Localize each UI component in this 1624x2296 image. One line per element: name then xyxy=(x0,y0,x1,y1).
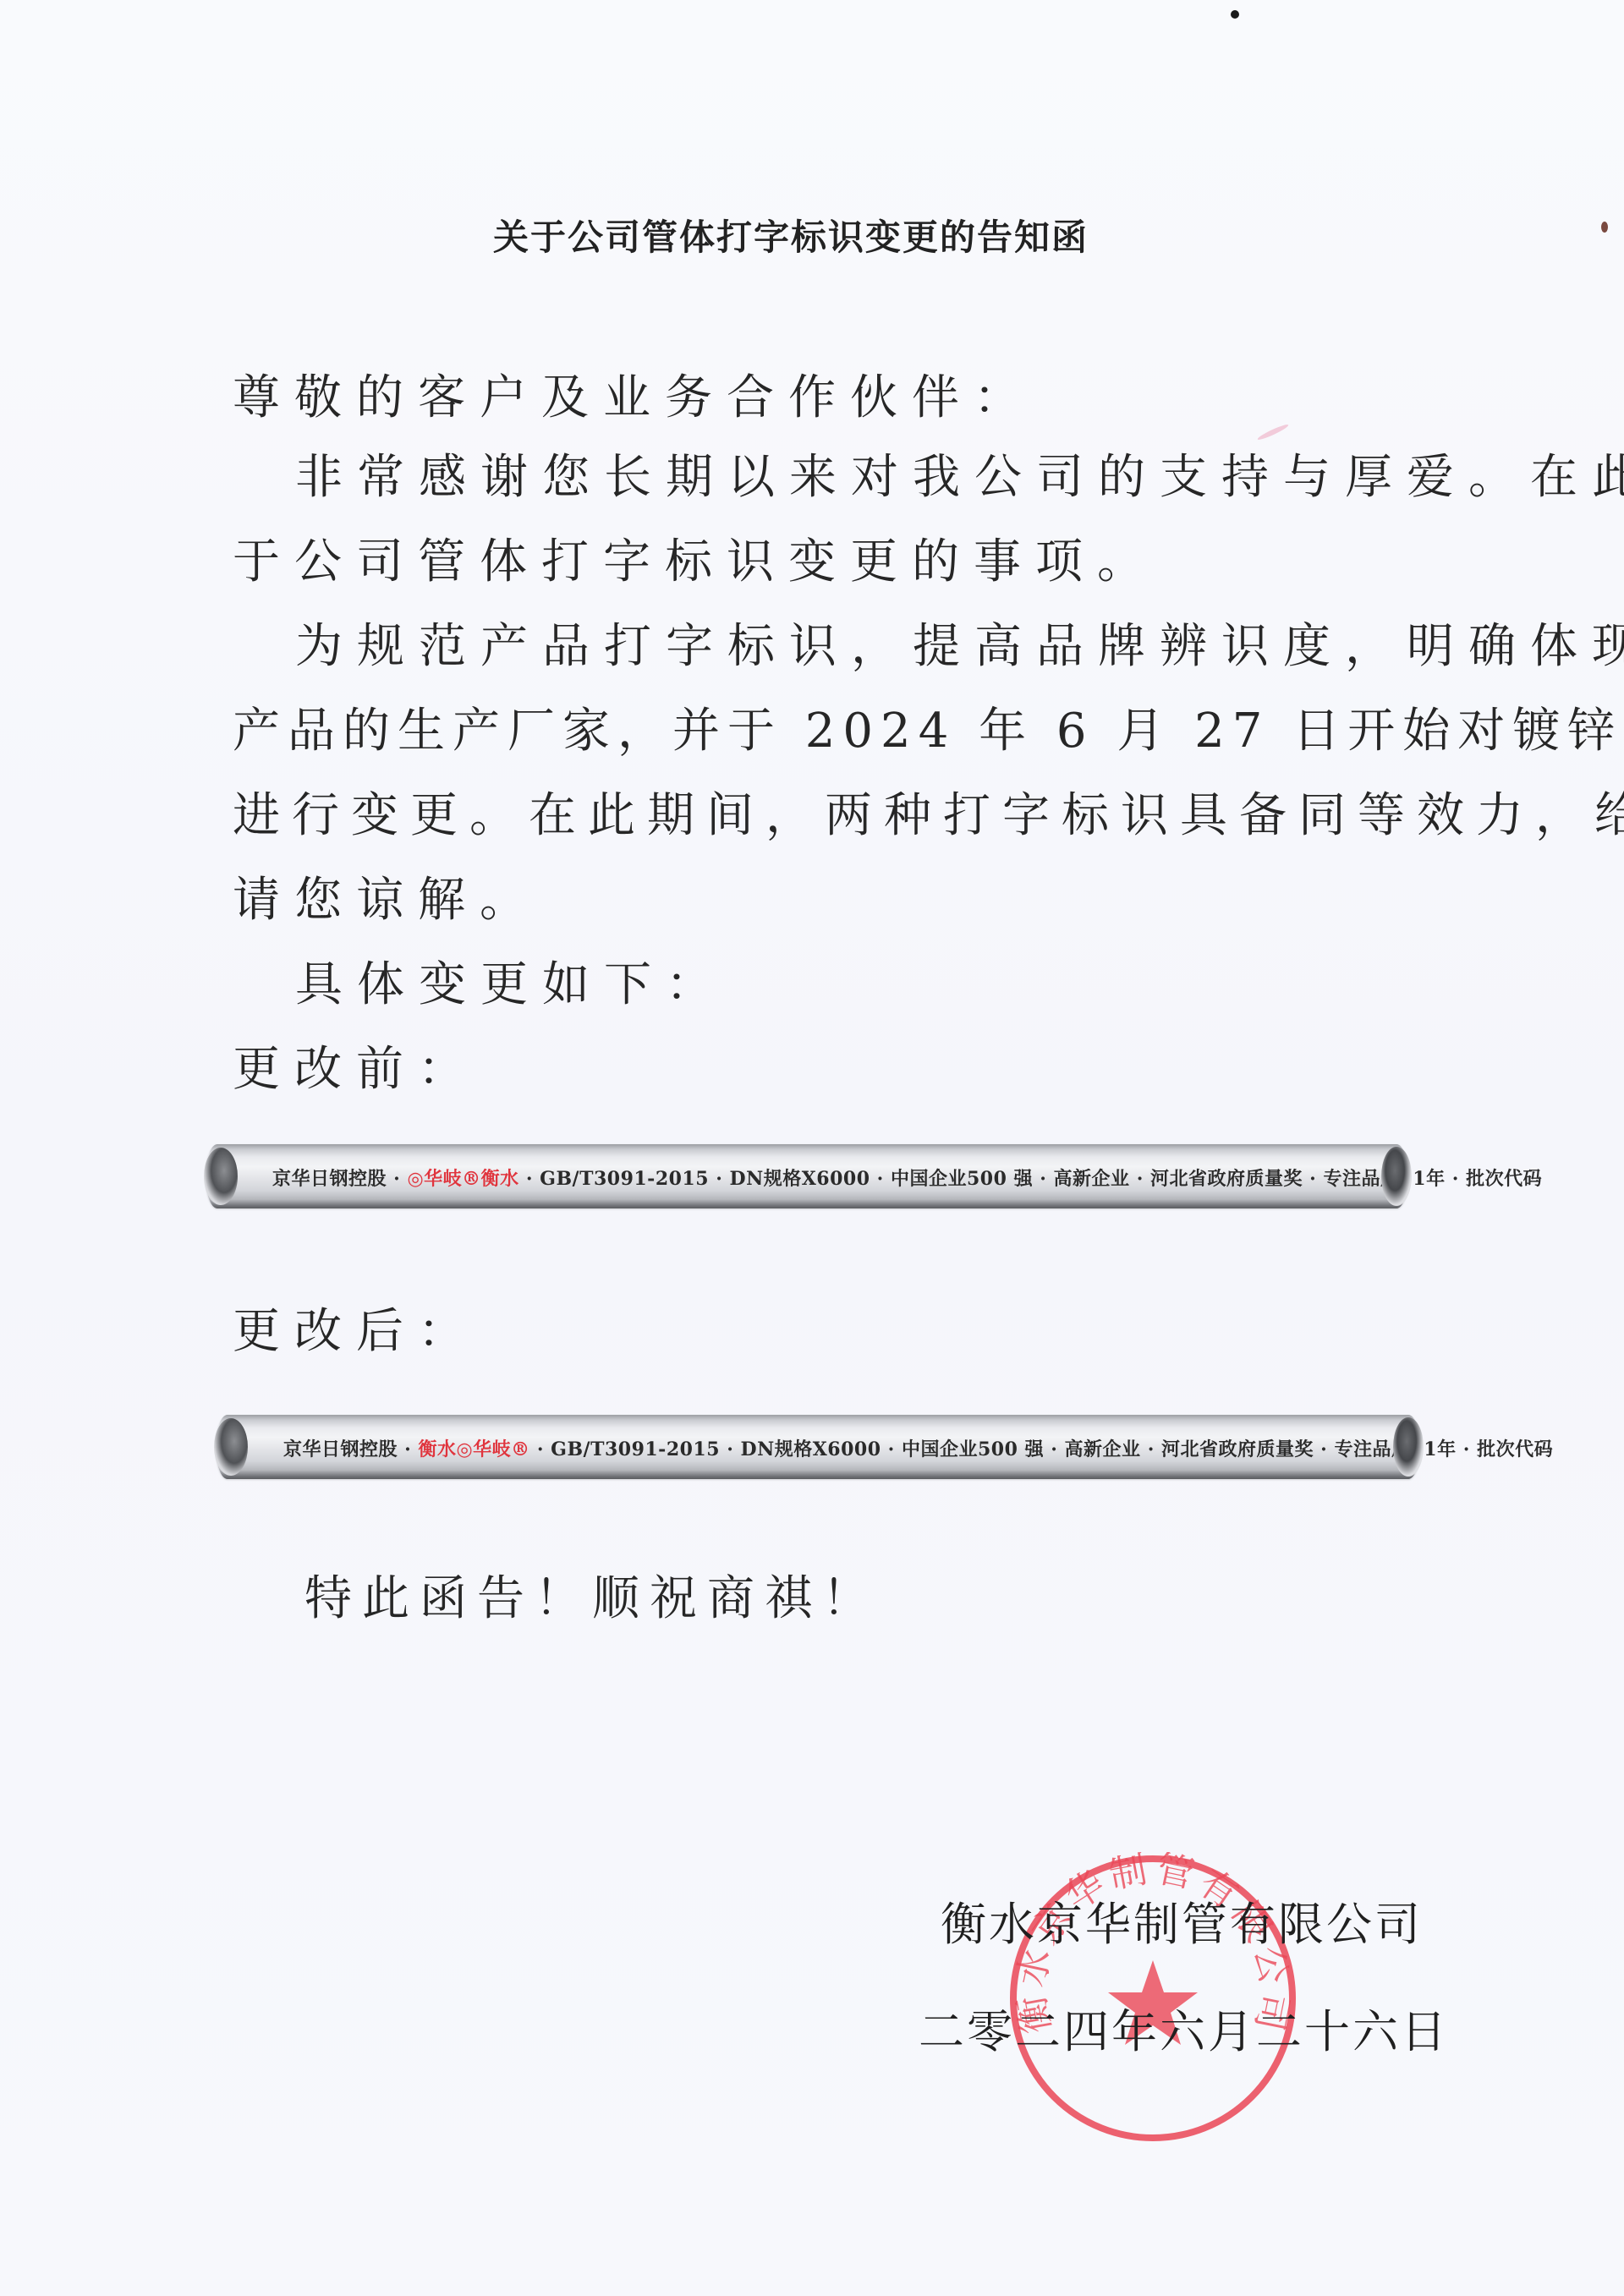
paragraph-2-line-2: 产品的生产厂家，并于 2024 年 6 月 27 日开始对镀锌管管体打字标识 xyxy=(233,700,1624,763)
closing-line: 特此函告！顺祝商祺！ xyxy=(304,1561,880,1629)
pipe-before-image: 京华日钢控股 · ◎华岐®衡水 · GB/T3091-2015 · DN规格X6… xyxy=(206,1144,1408,1208)
salutation: 尊敬的客户及业务合作伙伴： xyxy=(233,367,1035,430)
signature-date: 二零二四年六月二十六日 xyxy=(919,1996,1449,2061)
pipe-after-image: 京华日钢控股 · 衡水◎华岐® · GB/T3091-2015 · DN规格X6… xyxy=(216,1415,1420,1479)
paragraph-2-line-4: 请您谅解。 xyxy=(233,869,541,932)
pipe-marking-brand: ◎华岐®衡水 xyxy=(407,1168,518,1190)
pipe-marking-prefix: 京华日钢控股 · xyxy=(272,1168,407,1190)
pipe-opening-left xyxy=(214,1418,248,1476)
scan-dust-mark xyxy=(1231,10,1239,19)
pipe-marking-brand: 衡水◎华岐® xyxy=(418,1438,529,1460)
paragraph-1-line-1: 非常感谢您长期以来对我公司的支持与厚爱。在此正式通知您关 xyxy=(295,447,1624,509)
pipe-before-marking: 京华日钢控股 · ◎华岐®衡水 · GB/T3091-2015 · DN规格X6… xyxy=(272,1164,1542,1191)
scan-ink-smudge xyxy=(1257,423,1290,441)
paragraph-2-line-3: 进行变更。在此期间，两种打字标识具备同等效力，给您带来的不便， xyxy=(233,785,1624,847)
scan-dust-mark xyxy=(1601,222,1608,233)
paragraph-2-line-1: 为规范产品打字标识，提高品牌辨识度，明确体现“华岐”品牌 xyxy=(295,616,1624,678)
paragraph-1-line-2: 于公司管体打字标识变更的事项。 xyxy=(233,531,1159,594)
pipe-opening-right xyxy=(1381,1147,1412,1206)
before-label: 更改前： xyxy=(233,1038,480,1101)
pipe-opening-right xyxy=(1393,1417,1424,1477)
page-title: 关于公司管体打字标识变更的告知函 xyxy=(493,210,1119,260)
after-label: 更改后： xyxy=(233,1301,480,1363)
signature-company: 衡水京华制管有限公司 xyxy=(941,1888,1423,1954)
changes-intro: 具体变更如下： xyxy=(295,954,727,1016)
pipe-opening-left xyxy=(204,1148,238,1205)
pipe-after-marking: 京华日钢控股 · 衡水◎华岐® · GB/T3091-2015 · DN规格X6… xyxy=(283,1435,1553,1461)
pipe-marking-prefix: 京华日钢控股 · xyxy=(283,1438,418,1460)
document-page: 关于公司管体打字标识变更的告知函 尊敬的客户及业务合作伙伴： 非常感谢您长期以来… xyxy=(0,0,1624,2296)
